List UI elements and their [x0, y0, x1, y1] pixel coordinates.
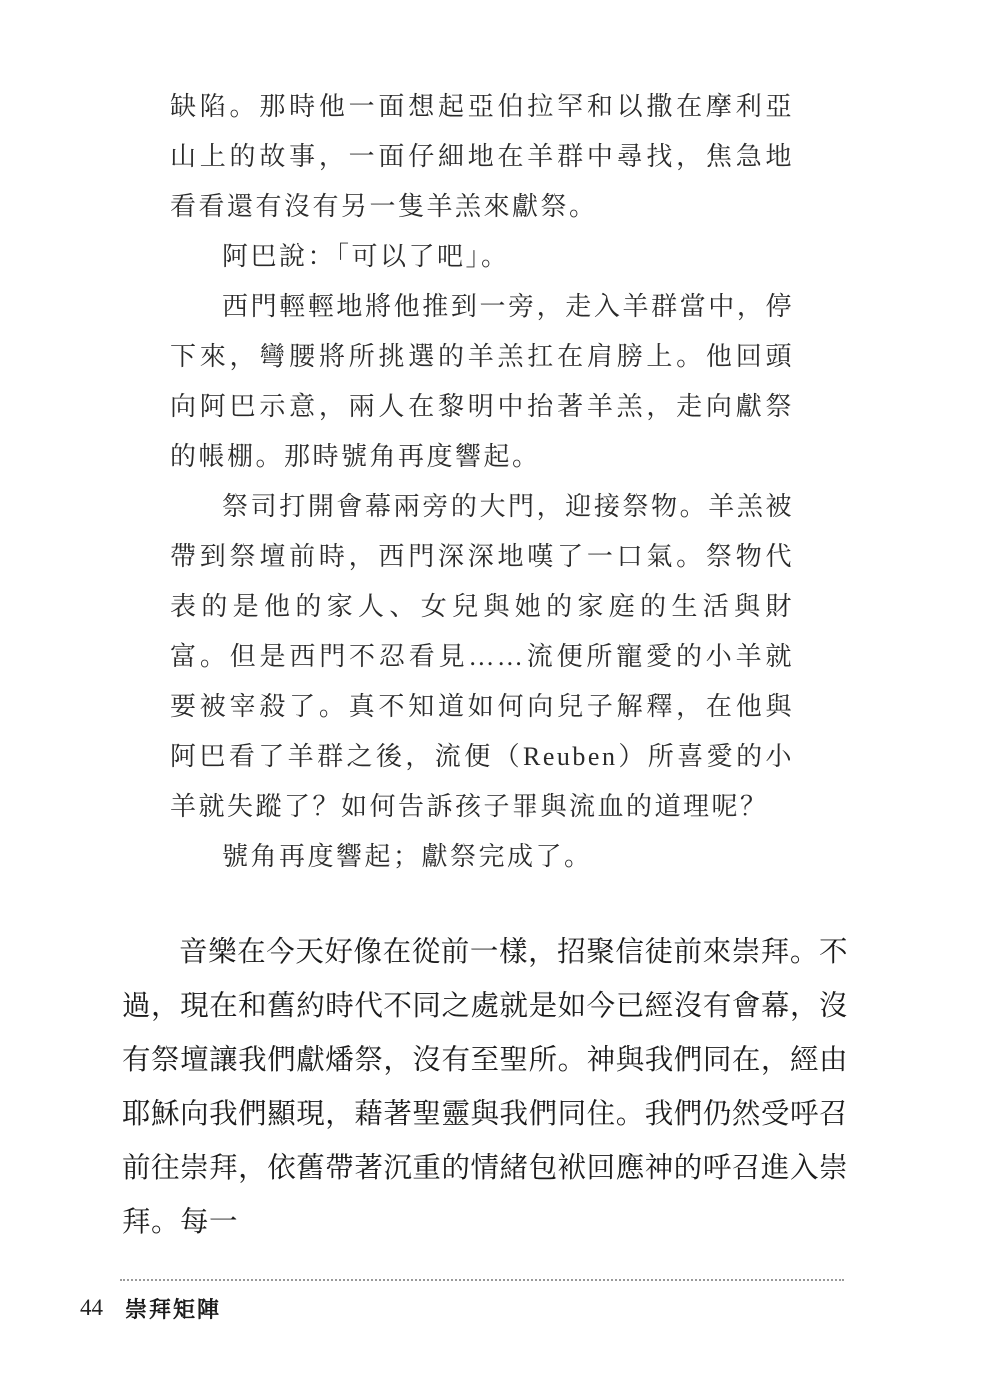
story-paragraph: 祭司打開會幕兩旁的大門，迎接祭物。羊羔被帶到祭壇前時，西門深深地嘆了一口氣。祭物… [170, 482, 794, 832]
page-number: 44 [80, 1295, 103, 1321]
story-paragraph: 西門輕輕地將他推到一旁，走入羊群當中，停下來，彎腰將所挑選的羊羔扛在肩膀上。他回… [170, 282, 794, 482]
story-paragraph: 阿巴說：「可以了吧」。 [170, 232, 794, 282]
main-body-section: 音樂在今天好像在從前一樣，招聚信徒前來崇拜。不過，現在和舊約時代不同之處就是如今… [122, 926, 848, 1250]
story-paragraph: 號角再度響起；獻祭完成了。 [170, 832, 794, 882]
body-paragraph: 音樂在今天好像在從前一樣，招聚信徒前來崇拜。不過，現在和舊約時代不同之處就是如今… [122, 926, 848, 1250]
book-page: 缺陷。那時他一面想起亞伯拉罕和以撒在摩利亞山上的故事，一面仔細地在羊群中尋找，焦… [0, 0, 1000, 1376]
footer-dotted-divider [120, 1279, 844, 1281]
page-footer: 44 崇拜矩陣 [80, 1292, 221, 1324]
story-quote-section: 缺陷。那時他一面想起亞伯拉罕和以撒在摩利亞山上的故事，一面仔細地在羊群中尋找，焦… [170, 82, 794, 882]
story-paragraph: 缺陷。那時他一面想起亞伯拉罕和以撒在摩利亞山上的故事，一面仔細地在羊群中尋找，焦… [170, 82, 794, 232]
running-book-title: 崇拜矩陣 [125, 1293, 221, 1324]
